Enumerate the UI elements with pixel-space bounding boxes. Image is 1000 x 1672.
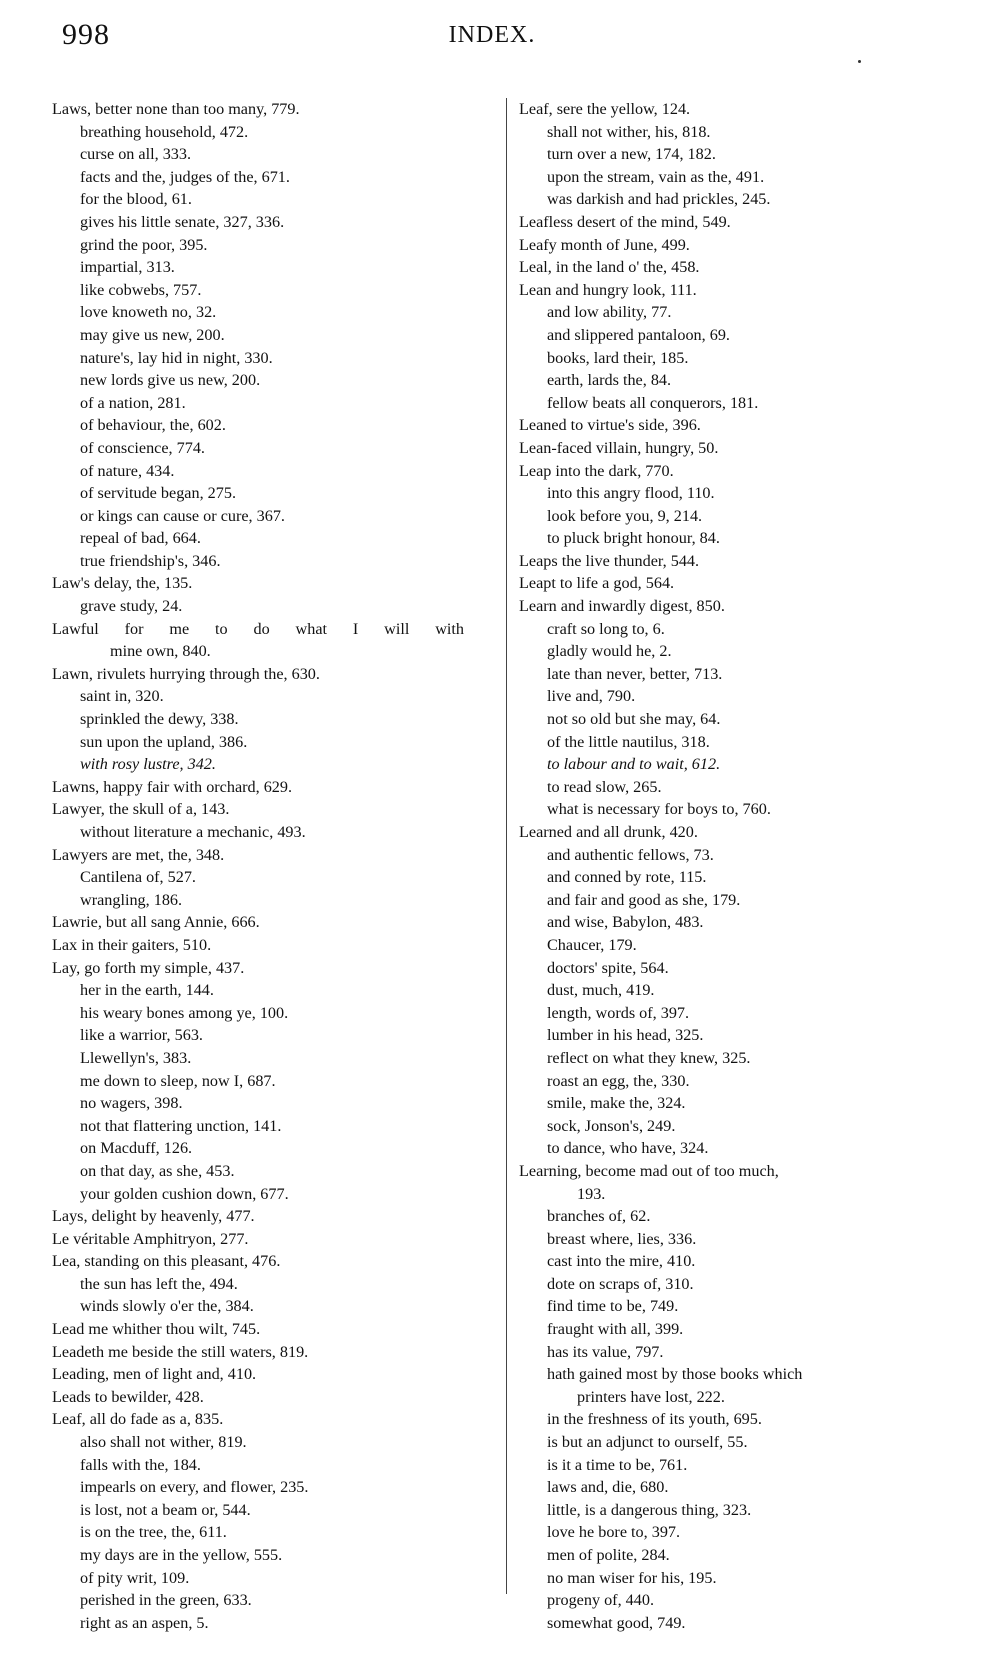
- index-column-left: Laws, better none than too many, 779.bre…: [52, 98, 494, 1634]
- index-headword: Laws, better none than too many, 779.: [52, 98, 494, 121]
- index-headword: Leafless desert of the mind, 549.: [519, 211, 969, 234]
- index-subentry: for the blood, 61.: [52, 188, 494, 211]
- index-subentry: no man wiser for his, 195.: [519, 1567, 969, 1590]
- index-headword: Lax in their gaiters, 510.: [52, 934, 494, 957]
- index-subentry: of pity writ, 109.: [52, 1567, 494, 1590]
- index-continuation: mine own, 840.: [52, 640, 494, 663]
- index-subentry: and authentic fellows, 73.: [519, 844, 969, 867]
- index-subentry: gladly would he, 2.: [519, 640, 969, 663]
- index-subentry: of behaviour, the, 602.: [52, 414, 494, 437]
- index-subentry: saint in, 320.: [52, 685, 494, 708]
- index-subentry: has its value, 797.: [519, 1341, 969, 1364]
- index-subentry: love he bore to, 397.: [519, 1521, 969, 1544]
- index-subentry: is lost, not a beam or, 544.: [52, 1499, 494, 1522]
- index-subentry: length, words of, 397.: [519, 1002, 969, 1025]
- index-subentry: sprinkled the dewy, 338.: [52, 708, 494, 731]
- index-headword: Leapt to life a god, 564.: [519, 572, 969, 595]
- index-subentry: look before you, 9, 214.: [519, 505, 969, 528]
- index-headword: Lawn, rivulets hurrying through the, 630…: [52, 663, 494, 686]
- index-subentry: gives his little senate, 327, 336.: [52, 211, 494, 234]
- index-subentry: fraught with all, 399.: [519, 1318, 969, 1341]
- index-subentry: perished in the green, 633.: [52, 1589, 494, 1612]
- index-headword: Lawrie, but all sang Annie, 666.: [52, 911, 494, 934]
- index-subentry: of a nation, 281.: [52, 392, 494, 415]
- index-subentry: men of polite, 284.: [519, 1544, 969, 1567]
- index-subentry: is it a time to be, 761.: [519, 1454, 969, 1477]
- index-headword: Learn and inwardly digest, 850.: [519, 595, 969, 618]
- index-subentry: late than never, better, 713.: [519, 663, 969, 686]
- index-subentry: Llewellyn's, 383.: [52, 1047, 494, 1070]
- index-subentry: find time to be, 749.: [519, 1295, 969, 1318]
- index-subentry: and slippered pantaloon, 69.: [519, 324, 969, 347]
- index-subentry: impearls on every, and flower, 235.: [52, 1476, 494, 1499]
- index-headword: Lawyer, the skull of a, 143.: [52, 798, 494, 821]
- index-subentry: true friendship's, 346.: [52, 550, 494, 573]
- page-title: INDEX.: [62, 22, 922, 49]
- index-subentry: of the little nautilus, 318.: [519, 731, 969, 754]
- index-subentry: somewhat good, 749.: [519, 1612, 969, 1635]
- index-column-right: Leaf, sere the yellow, 124.shall not wit…: [519, 98, 969, 1634]
- print-speck: [858, 60, 861, 63]
- index-subentry: your golden cushion down, 677.: [52, 1183, 494, 1206]
- index-headword: Leadeth me beside the still waters, 819.: [52, 1341, 494, 1364]
- index-headword: Leafy month of June, 499.: [519, 234, 969, 257]
- index-subentry: like a warrior, 563.: [52, 1024, 494, 1047]
- index-headword: Leal, in the land o' the, 458.: [519, 256, 969, 279]
- index-headword: Leaned to virtue's side, 396.: [519, 414, 969, 437]
- index-subentry: of conscience, 774.: [52, 437, 494, 460]
- index-headword: Leaf, sere the yellow, 124.: [519, 98, 969, 121]
- index-headword: Lawns, happy fair with orchard, 629.: [52, 776, 494, 799]
- index-headword: Leading, men of light and, 410.: [52, 1363, 494, 1386]
- index-subentry: sun upon the upland, 386.: [52, 731, 494, 754]
- index-subentry: may give us new, 200.: [52, 324, 494, 347]
- index-headword: Lays, delight by heavenly, 477.: [52, 1205, 494, 1228]
- index-subentry: winds slowly o'er the, 384.: [52, 1295, 494, 1318]
- index-subentry: lumber in his head, 325.: [519, 1024, 969, 1047]
- index-subentry: earth, lards the, 84.: [519, 369, 969, 392]
- index-subentry: right as an aspen, 5.: [52, 1612, 494, 1635]
- index-headword: Lay, go forth my simple, 437.: [52, 957, 494, 980]
- index-subentry: live and, 790.: [519, 685, 969, 708]
- index-subentry: to labour and to wait, 612.: [519, 753, 969, 776]
- index-subentry: grave study, 24.: [52, 595, 494, 618]
- index-headword: Lawyers are met, the, 348.: [52, 844, 494, 867]
- index-subentry: without literature a mechanic, 493.: [52, 821, 494, 844]
- index-subentry: falls with the, 184.: [52, 1454, 494, 1477]
- index-subentry: craft so long to, 6.: [519, 618, 969, 641]
- index-subentry: of servitude began, 275.: [52, 482, 494, 505]
- index-subentry: turn over a new, 174, 182.: [519, 143, 969, 166]
- index-subentry: also shall not wither, 819.: [52, 1431, 494, 1454]
- index-subentry: sock, Jonson's, 249.: [519, 1115, 969, 1138]
- index-subentry: me down to sleep, now I, 687.: [52, 1070, 494, 1093]
- index-subentry: or kings can cause or cure, 367.: [52, 505, 494, 528]
- index-subentry: and conned by rote, 115.: [519, 866, 969, 889]
- index-subentry: is on the tree, the, 611.: [52, 1521, 494, 1544]
- index-continuation: printers have lost, 222.: [519, 1386, 969, 1409]
- index-subentry: grind the poor, 395.: [52, 234, 494, 257]
- index-subentry: to read slow, 265.: [519, 776, 969, 799]
- index-continuation: 193.: [519, 1183, 969, 1206]
- index-subentry: repeal of bad, 664.: [52, 527, 494, 550]
- page-header: 998 INDEX.: [62, 18, 922, 58]
- index-headword: Lean-faced villain, hungry, 50.: [519, 437, 969, 460]
- index-subentry: is but an adjunct to ourself, 55.: [519, 1431, 969, 1454]
- index-headword: Learning, become mad out of too much,: [519, 1160, 969, 1183]
- index-subentry: into this angry flood, 110.: [519, 482, 969, 505]
- index-subentry: on Macduff, 126.: [52, 1137, 494, 1160]
- index-headword: Lea, standing on this pleasant, 476.: [52, 1250, 494, 1273]
- index-subentry: little, is a dangerous thing, 323.: [519, 1499, 969, 1522]
- index-subentry: my days are in the yellow, 555.: [52, 1544, 494, 1567]
- index-subentry: shall not wither, his, 818.: [519, 121, 969, 144]
- index-subentry: wrangling, 186.: [52, 889, 494, 912]
- index-subentry: Chaucer, 179.: [519, 934, 969, 957]
- index-subentry: love knoweth no, 32.: [52, 301, 494, 324]
- index-headword: Lawful for me to do what I will with: [52, 618, 464, 641]
- index-subentry: breast where, lies, 336.: [519, 1228, 969, 1251]
- index-subentry: to dance, who have, 324.: [519, 1137, 969, 1160]
- index-subentry: books, lard their, 185.: [519, 347, 969, 370]
- index-subentry: no wagers, 398.: [52, 1092, 494, 1115]
- index-subentry: with rosy lustre, 342.: [52, 753, 494, 776]
- index-subentry: Cantilena of, 527.: [52, 866, 494, 889]
- index-headword: Learned and all drunk, 420.: [519, 821, 969, 844]
- index-subentry: doctors' spite, 564.: [519, 957, 969, 980]
- index-subentry: progeny of, 440.: [519, 1589, 969, 1612]
- index-headword: Le véritable Amphitryon, 277.: [52, 1228, 494, 1251]
- index-headword: Law's delay, the, 135.: [52, 572, 494, 595]
- index-subentry: not so old but she may, 64.: [519, 708, 969, 731]
- index-subentry: of nature, 434.: [52, 460, 494, 483]
- index-subentry: on that day, as she, 453.: [52, 1160, 494, 1183]
- index-subentry: his weary bones among ye, 100.: [52, 1002, 494, 1025]
- index-subentry: in the freshness of its youth, 695.: [519, 1408, 969, 1431]
- index-headword: Leaf, all do fade as a, 835.: [52, 1408, 494, 1431]
- index-subentry: curse on all, 333.: [52, 143, 494, 166]
- index-subentry: dote on scraps of, 310.: [519, 1273, 969, 1296]
- index-subentry: reflect on what they knew, 325.: [519, 1047, 969, 1070]
- index-subentry: impartial, 313.: [52, 256, 494, 279]
- index-subentry: like cobwebs, 757.: [52, 279, 494, 302]
- index-subentry: and wise, Babylon, 483.: [519, 911, 969, 934]
- index-headword: Leaps the live thunder, 544.: [519, 550, 969, 573]
- index-subentry: to pluck bright honour, 84.: [519, 527, 969, 550]
- index-subentry: new lords give us new, 200.: [52, 369, 494, 392]
- index-subentry: the sun has left the, 494.: [52, 1273, 494, 1296]
- index-subentry: was darkish and had prickles, 245.: [519, 188, 969, 211]
- column-divider: [506, 98, 507, 1594]
- index-subentry: her in the earth, 144.: [52, 979, 494, 1002]
- index-subentry: breathing household, 472.: [52, 121, 494, 144]
- index-headword: Leap into the dark, 770.: [519, 460, 969, 483]
- index-subentry: fellow beats all conquerors, 181.: [519, 392, 969, 415]
- index-subentry: not that flattering unction, 141.: [52, 1115, 494, 1138]
- index-subentry: and fair and good as she, 179.: [519, 889, 969, 912]
- index-subentry: cast into the mire, 410.: [519, 1250, 969, 1273]
- index-headword: Lean and hungry look, 111.: [519, 279, 969, 302]
- index-subentry: smile, make the, 324.: [519, 1092, 969, 1115]
- index-subentry: facts and the, judges of the, 671.: [52, 166, 494, 189]
- index-subentry: nature's, lay hid in night, 330.: [52, 347, 494, 370]
- index-subentry: upon the stream, vain as the, 491.: [519, 166, 969, 189]
- index-subentry: hath gained most by those books which: [519, 1363, 969, 1386]
- index-subentry: dust, much, 419.: [519, 979, 969, 1002]
- index-subentry: what is necessary for boys to, 760.: [519, 798, 969, 821]
- index-headword: Leads to bewilder, 428.: [52, 1386, 494, 1409]
- index-subentry: branches of, 62.: [519, 1205, 969, 1228]
- index-subentry: laws and, die, 680.: [519, 1476, 969, 1499]
- index-headword: Lead me whither thou wilt, 745.: [52, 1318, 494, 1341]
- index-subentry: and low ability, 77.: [519, 301, 969, 324]
- index-subentry: roast an egg, the, 330.: [519, 1070, 969, 1093]
